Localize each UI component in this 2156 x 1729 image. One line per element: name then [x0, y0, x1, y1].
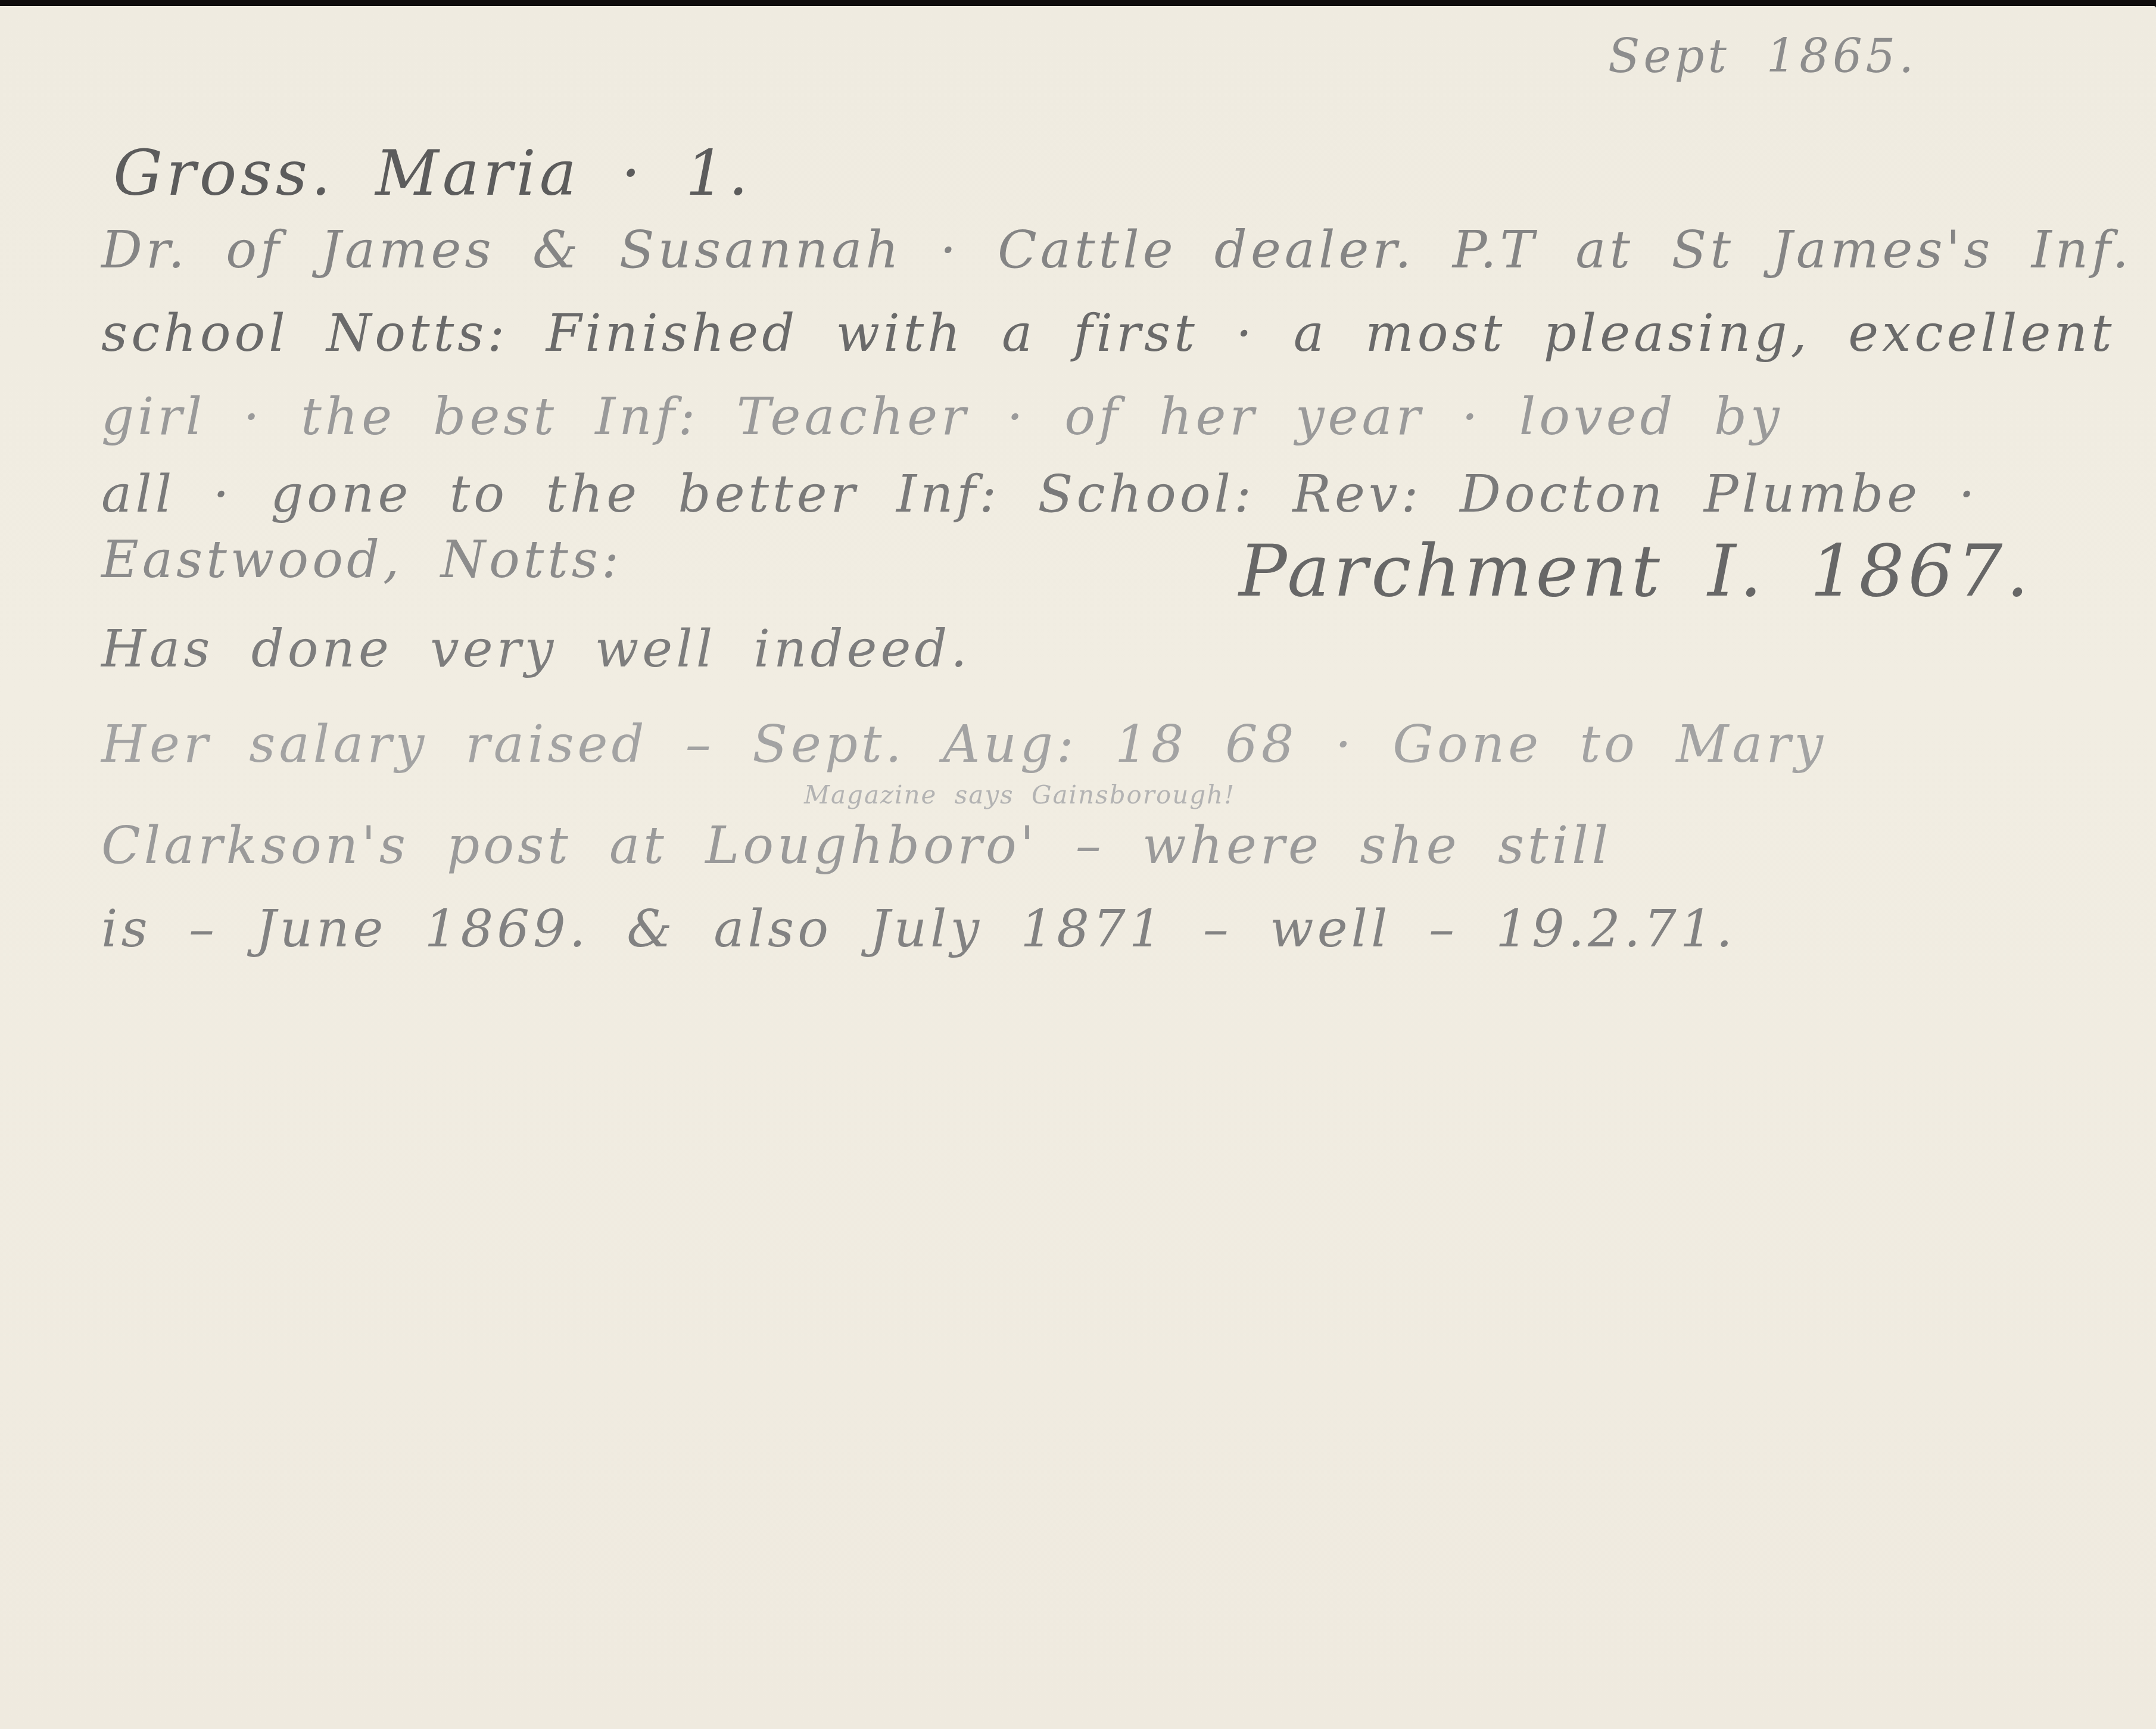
entry-line-3: girl · the best Inf: Teacher · of her ye…	[101, 387, 1783, 447]
note-line-1: Has done very well indeed.	[101, 619, 971, 679]
note-line-2: Her salary raised – Sept. Aug: 18 68 · G…	[101, 715, 1827, 774]
entry-date: Sept 1865.	[1608, 30, 1917, 83]
register-page: Sept 1865. Gross. Maria · 1. Dr. of Jame…	[0, 6, 2156, 1729]
parchment-note: Parchment I. 1867.	[1239, 530, 2032, 613]
entry-line-4: all · gone to the better Inf: School: Re…	[101, 465, 1979, 524]
entry-line-2: school Notts: Finished with a first · a …	[101, 304, 2115, 363]
note-line-4: is – June 1869. & also July 1871 – well …	[101, 899, 1736, 959]
note-line-3: Clarkson's post at Loughboro' – where sh…	[101, 816, 1612, 876]
entry-line-5: Eastwood, Notts:	[101, 530, 622, 590]
margin-annotation: Magazine says Gainsborough!	[804, 780, 1235, 809]
entry-line-1: Dr. of James & Susannah · Cattle dealer.…	[101, 220, 2132, 280]
student-name: Gross. Maria · 1.	[113, 137, 752, 210]
